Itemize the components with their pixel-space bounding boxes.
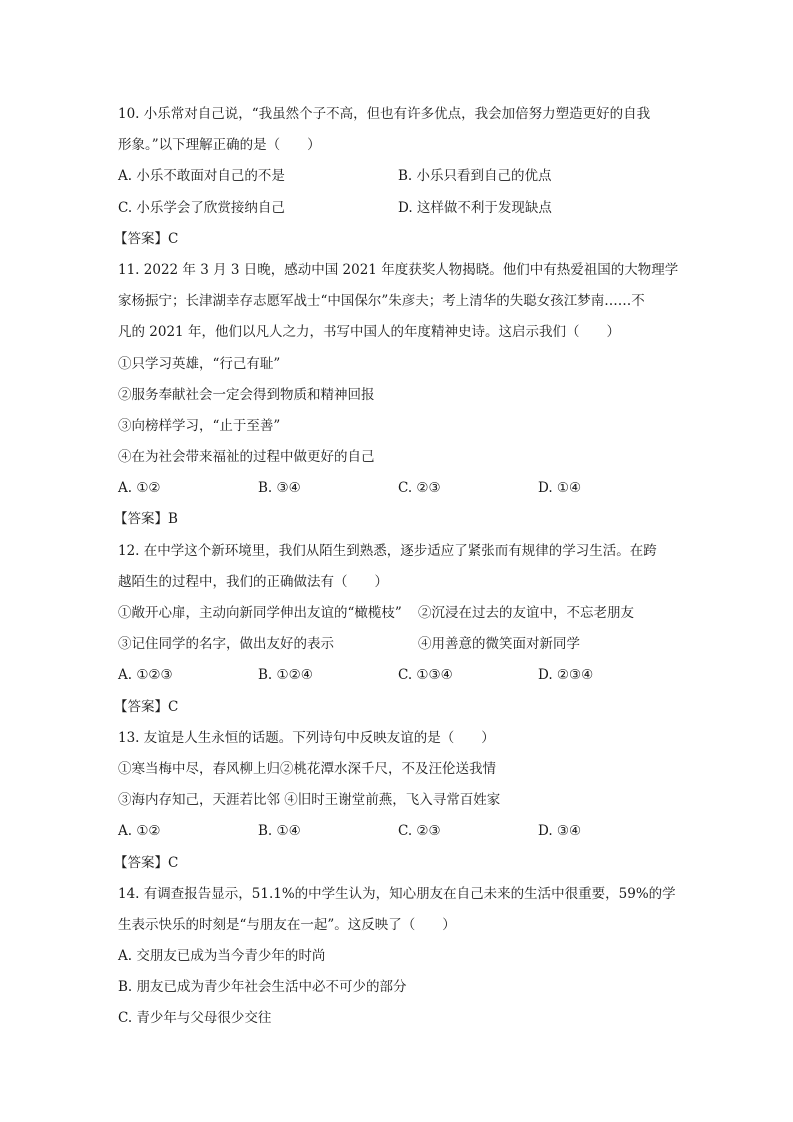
question-10: 10. 小乐常对自己说，“我虽然个子不高，但也有许多优点，我会加倍努力塑造更好的… — [118, 99, 678, 255]
question-stem: 11. 2022 年 3 月 3 日晚，感动中国 2021 年度获奖人物揭晓。他… — [118, 255, 678, 286]
question-11: 11. 2022 年 3 月 3 日晚，感动中国 2021 年度获奖人物揭晓。他… — [118, 255, 678, 536]
answer: 【答案】C — [114, 692, 678, 723]
options-row: A. ①② B. ①④ C. ②③ D. ③④ — [118, 816, 678, 847]
option-c: C. ②③ — [398, 473, 538, 504]
question-stem: 生表示快乐的时刻是“与朋友在一起”。这反映了（ ） — [118, 910, 678, 941]
question-stem: 12. 在中学这个新环境里，我们从陌生到熟悉，逐步适应了紧张而有规律的学习生活。… — [118, 536, 678, 567]
answer: 【答案】C — [114, 848, 678, 879]
option-a: A. 小乐不敢面对自己的不是 — [118, 161, 398, 192]
option-b: B. 朋友已成为青少年社会生活中必不可少的部分 — [118, 972, 678, 1003]
question-stem: 10. 小乐常对自己说，“我虽然个子不高，但也有许多优点，我会加倍努力塑造更好的… — [118, 99, 678, 130]
option-c: C. ②③ — [398, 816, 538, 847]
question-14: 14. 有调查报告显示，51.1%的中学生认为，知心朋友在自己未来的生活中很重要… — [118, 879, 678, 1035]
statement-item: ③记住同学的名字，做出友好的表示 — [118, 629, 418, 660]
option-c: C. 小乐学会了欣赏接纳自己 — [118, 193, 398, 224]
options-row: A. ①②③ B. ①②④ C. ①③④ D. ②③④ — [118, 660, 678, 691]
option-a: A. ①②③ — [118, 660, 258, 691]
option-d: D. ②③④ — [538, 660, 678, 691]
option-a: A. ①② — [118, 473, 258, 504]
question-stem: 越陌生的过程中，我们的正确做法有（ ） — [118, 567, 678, 598]
answer: 【答案】C — [114, 224, 678, 255]
statement-item: ②沉浸在过去的友谊中，不忘老朋友 — [418, 598, 634, 629]
option-c: C. 青少年与父母很少交往 — [118, 1003, 678, 1034]
option-b: B. ①④ — [258, 816, 398, 847]
question-13: 13. 友谊是人生永恒的话题。下列诗句中反映友谊的是（ ） ①寒当梅中尽，春风柳… — [118, 723, 678, 879]
option-b: B. ③④ — [258, 473, 398, 504]
option-c: C. ①③④ — [398, 660, 538, 691]
option-b: B. ①②④ — [258, 660, 398, 691]
statement-item: ②服务奉献社会一定会得到物质和精神回报 — [118, 380, 678, 411]
statement-line: ③海内存知己，天涯若比邻 ④旧时王谢堂前燕，飞入寻常百姓家 — [118, 785, 678, 816]
exam-page: 10. 小乐常对自己说，“我虽然个子不高，但也有许多优点，我会加倍努力塑造更好的… — [118, 99, 678, 1035]
question-stem: 14. 有调查报告显示，51.1%的中学生认为，知心朋友在自己未来的生活中很重要… — [118, 879, 678, 910]
options-row: A. 小乐不敢面对自己的不是 B. 小乐只看到自己的优点 — [118, 161, 678, 192]
statement-item: ③向榜样学习，“止于至善” — [118, 411, 678, 442]
option-d: D. ③④ — [538, 816, 678, 847]
option-d: D. ①④ — [538, 473, 678, 504]
question-stem: 家杨振宁；长津湖幸存志愿军战士“中国保尔”朱彦夫；考上清华的失聪女孩江梦南……不 — [118, 286, 678, 317]
statement-item: ④用善意的微笑面对新同学 — [418, 629, 580, 660]
option-a: A. ①② — [118, 816, 258, 847]
question-stem: 凡的 2021 年，他们以凡人之力，书写中国人的年度精神史诗。这启示我们（ ） — [118, 317, 678, 348]
question-12: 12. 在中学这个新环境里，我们从陌生到熟悉，逐步适应了紧张而有规律的学习生活。… — [118, 536, 678, 723]
option-d: D. 这样做不利于发现缺点 — [398, 193, 678, 224]
statement-item: ④在为社会带来福祉的过程中做更好的自己 — [118, 442, 678, 473]
option-a: A. 交朋友已成为当今青少年的时尚 — [118, 941, 678, 972]
question-stem: 形象。”以下理解正确的是（ ） — [118, 130, 678, 161]
answer: 【答案】B — [114, 504, 678, 535]
options-row: C. 小乐学会了欣赏接纳自己 D. 这样做不利于发现缺点 — [118, 193, 678, 224]
option-b: B. 小乐只看到自己的优点 — [398, 161, 678, 192]
options-row: A. ①② B. ③④ C. ②③ D. ①④ — [118, 473, 678, 504]
statement-row: ①敞开心扉，主动向新同学伸出友谊的“橄榄枝” ②沉浸在过去的友谊中，不忘老朋友 — [118, 598, 678, 629]
question-stem: 13. 友谊是人生永恒的话题。下列诗句中反映友谊的是（ ） — [118, 723, 678, 754]
statement-row: ③记住同学的名字，做出友好的表示 ④用善意的微笑面对新同学 — [118, 629, 678, 660]
statement-item: ①敞开心扉，主动向新同学伸出友谊的“橄榄枝” — [118, 598, 418, 629]
statement-item: ①只学习英雄，“行己有耻” — [118, 349, 678, 380]
statement-line: ①寒当梅中尽，春风柳上归②桃花潭水深千尺，不及汪伦送我情 — [118, 754, 678, 785]
